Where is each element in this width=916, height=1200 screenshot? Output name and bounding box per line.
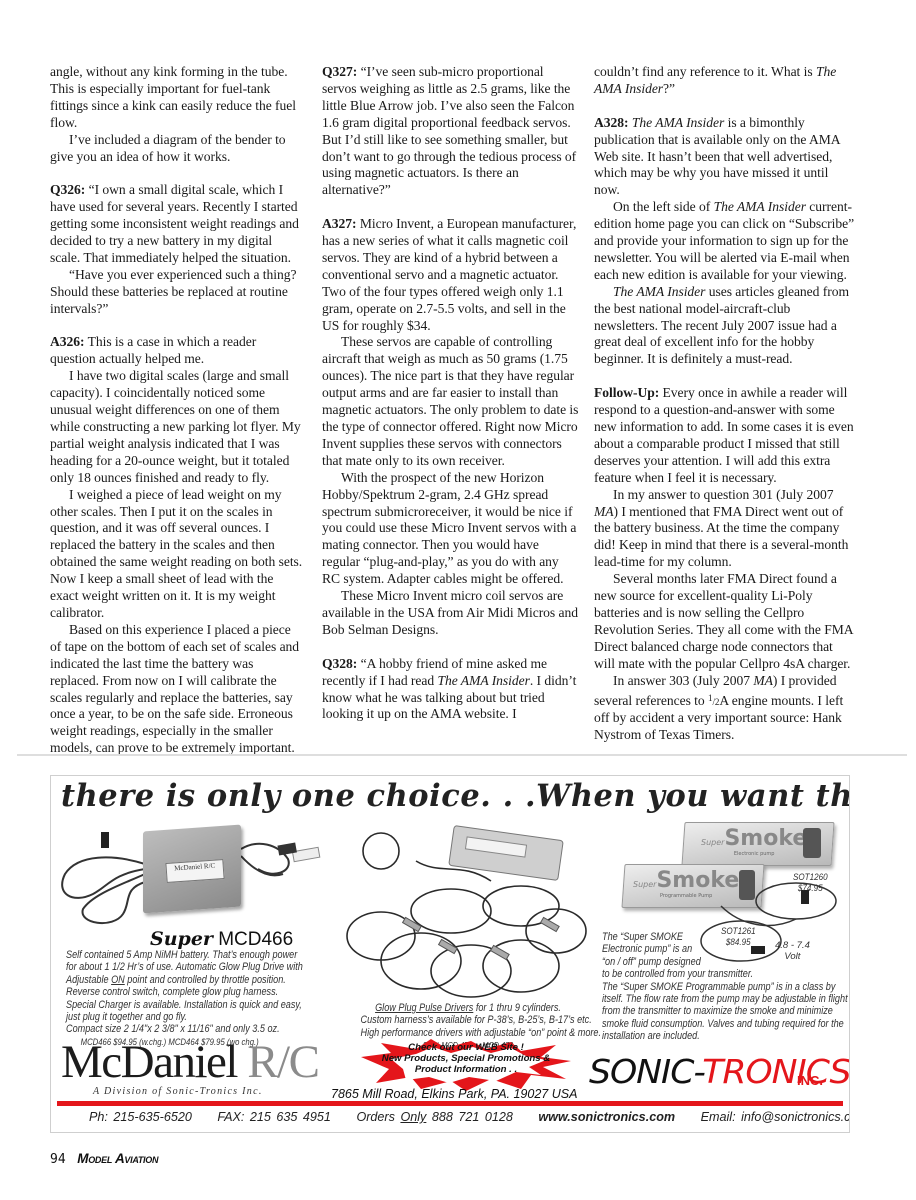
page-footer: 94 Model Aviation: [50, 1151, 158, 1167]
paragraph: These servos are capable of controlling …: [322, 334, 580, 469]
product-name-mcd466: Super MCD466: [150, 928, 293, 951]
answer-label: A328:: [594, 115, 629, 130]
advertisement: there is only one choice. . .When you wa…: [50, 775, 850, 1133]
paragraph: Several months later FMA Direct found a …: [594, 571, 856, 672]
mcdaniel-tagline: A Division of Sonic-Tronics Inc.: [93, 1086, 263, 1097]
page-number: 94: [50, 1152, 66, 1167]
paragraph: With the prospect of the new Horizon Hob…: [322, 470, 580, 588]
smoke-pump-electronic-label: SuperSmoke Electronic pump: [701, 826, 807, 857]
paragraph: Based on this experience I placed a piec…: [50, 622, 305, 757]
question-326: Q326: “I own a small digital scale, whic…: [50, 182, 305, 267]
paragraph: I’ve included a diagram of the bender to…: [50, 132, 305, 166]
website-link[interactable]: www.sonictronics.com: [538, 1110, 675, 1124]
question-328: Q328: “A hobby friend of mine asked me r…: [322, 656, 580, 724]
article-column-2: Q327: “I’ve seen sub-micro proportional …: [322, 64, 580, 723]
paragraph: “Have you ever experienced such a thing?…: [50, 267, 305, 318]
paragraph: In answer 303 (July 2007 MA) I provided …: [594, 673, 856, 745]
answer-326: A326: This is a case in which a reader q…: [50, 334, 305, 368]
paragraph: I have two digital scales (large and sma…: [50, 368, 305, 486]
pulse-drivers-product-image: [341, 821, 601, 1001]
mcd466-description: Self contained 5 Amp NiMH battery. That’…: [66, 949, 303, 1048]
device-label: McDaniel R/C: [165, 859, 224, 883]
question-label: Q328:: [322, 656, 357, 671]
paragraph: These Micro Invent micro coil servos are…: [322, 588, 580, 639]
article-column-3: couldn’t find any reference to it. What …: [594, 64, 856, 744]
follow-up-label: Follow-Up:: [594, 385, 659, 400]
phone: Ph: 215-635-6520: [89, 1110, 192, 1124]
mcdaniel-rc-logo: McDaniel R/C: [61, 1038, 318, 1086]
orders-phone: Orders Only 888 721 0128: [356, 1110, 512, 1124]
ad-headline: there is only one choice. . .When you wa…: [61, 778, 825, 818]
answer-327: A327: Micro Invent, a European manufactu…: [322, 216, 580, 334]
pump-connector: [803, 828, 821, 858]
red-divider: [57, 1101, 843, 1106]
publication-title: The AMA Insider: [714, 199, 806, 214]
web-site-callout: Check out our WEB Site ! New Products, S…: [371, 1042, 561, 1076]
paragraph: The AMA Insider uses articles gleaned fr…: [594, 284, 856, 369]
mailing-address: 7865 Mill Road, Elkins Park, PA. 19027 U…: [331, 1087, 577, 1101]
follow-up: Follow-Up: Every once in awhile a reader…: [594, 385, 856, 486]
email-link[interactable]: Email: info@sonictronics.com: [701, 1110, 850, 1124]
question-label: Q326:: [50, 182, 85, 197]
question-label: Q327:: [322, 64, 357, 79]
answer-label: A326:: [50, 334, 85, 349]
paragraph: angle, without any kink forming in the t…: [50, 64, 305, 132]
smoke-description: The “Super SMOKE Electronic pump” is an …: [602, 931, 848, 1043]
paragraph: On the left side of The AMA Insider curr…: [594, 199, 856, 284]
magazine-name: Model Aviation: [77, 1151, 158, 1166]
answer-328: A328: The AMA Insider is a bimonthly pub…: [594, 115, 856, 200]
sonic-tronics-logo: SONIC-TRONICS INC.: [589, 1052, 829, 1098]
publication-title: The AMA Insider: [629, 115, 725, 130]
paragraph: In my answer to question 301 (July 2007 …: [594, 487, 856, 572]
section-divider: [17, 754, 907, 756]
article-column-1: angle, without any kink forming in the t…: [50, 64, 305, 757]
paragraph: couldn’t find any reference to it. What …: [594, 64, 856, 98]
publication-title: The AMA Insider: [613, 284, 705, 299]
question-327: Q327: “I’ve seen sub-micro proportional …: [322, 64, 580, 199]
contact-line: Ph: 215-635-6520 FAX: 215 635 4951 Order…: [89, 1110, 850, 1124]
fax: FAX: 215 635 4951: [217, 1110, 331, 1124]
sku-sot1260: SOT1260 $74.95: [793, 872, 828, 894]
publication-title: The AMA Insider: [437, 673, 529, 688]
paragraph: I weighed a piece of lead weight on my o…: [50, 487, 305, 622]
answer-label: A327:: [322, 216, 357, 231]
